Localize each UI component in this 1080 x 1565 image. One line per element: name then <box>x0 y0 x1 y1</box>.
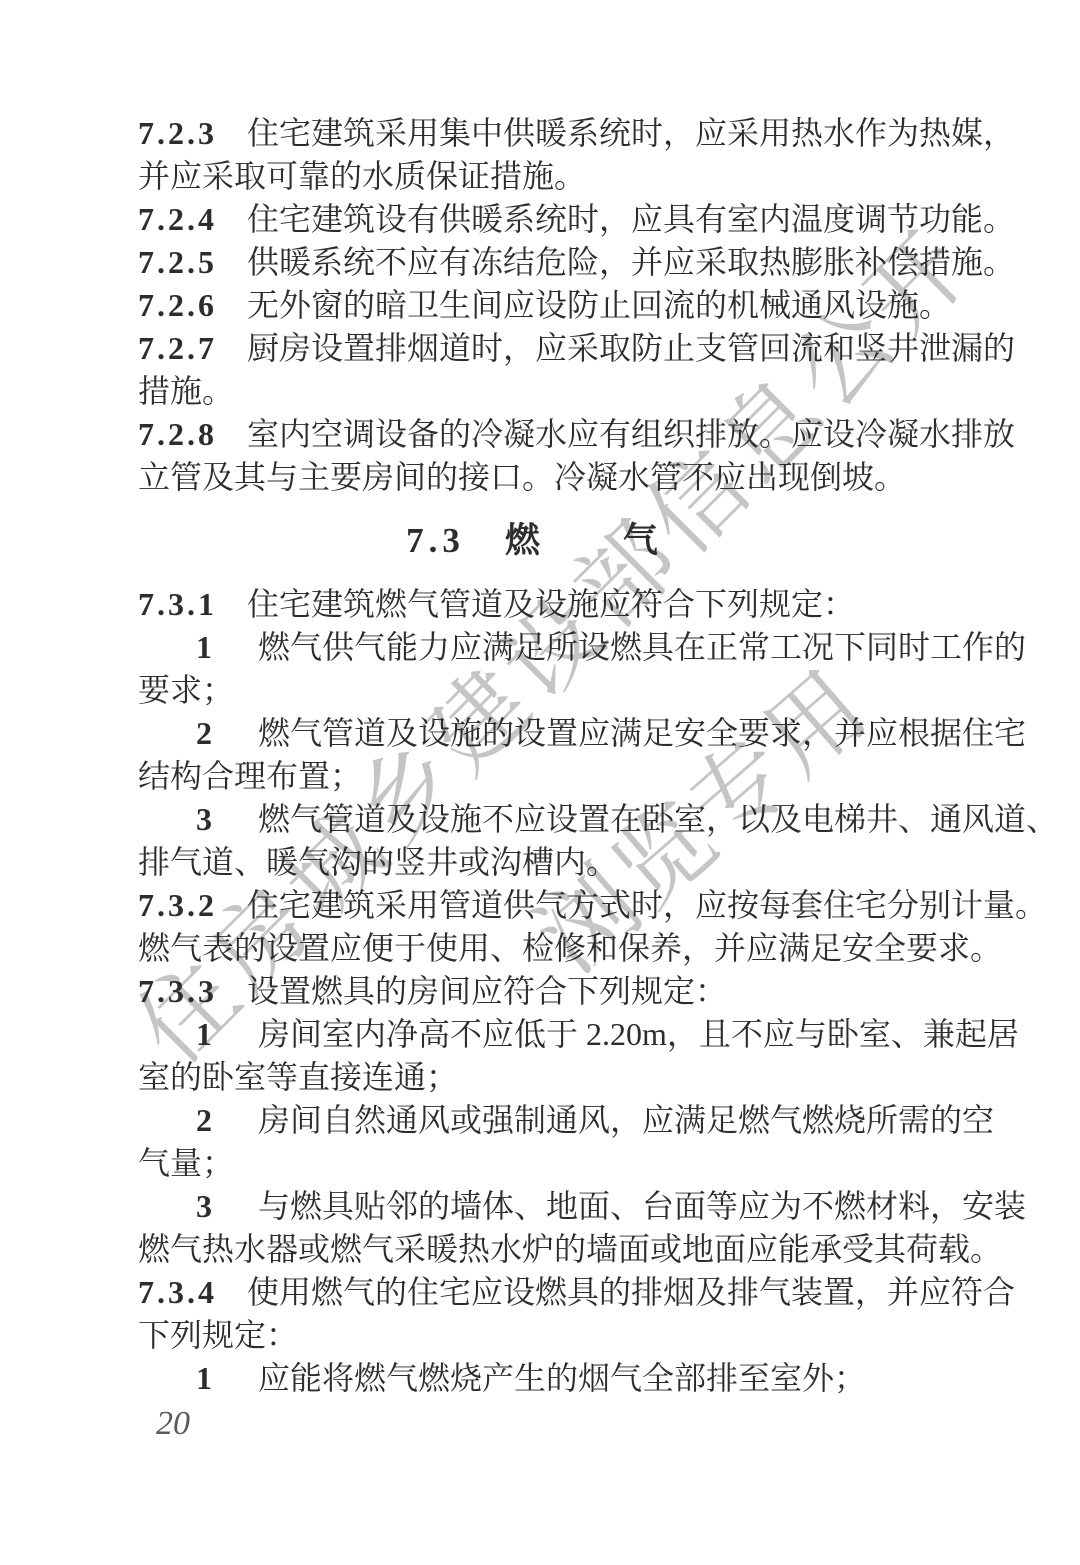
section-number: 1 <box>196 629 212 665</box>
text-line: 3与燃具贴邻的墙体、地面、台面等应为不燃材料，安装 <box>138 1185 950 1228</box>
line-text: 无外窗的暗卫生间应设防止回流的机械通风设施。 <box>247 287 951 323</box>
section-number: 7.3 <box>406 521 465 560</box>
text-line: 7.3燃 气 <box>138 519 950 562</box>
text-line: 立管及其与主要房间的接口。冷凝水管不应出现倒坡。 <box>138 456 950 499</box>
section-number: 7.3.2 <box>138 887 217 923</box>
line-text: 措施。 <box>138 373 234 409</box>
text-line: 燃气热水器或燃气采暖热水炉的墙面或地面应能承受其荷载。 <box>138 1228 950 1271</box>
line-text: 燃 气 <box>505 521 682 560</box>
line-text: 使用燃气的住宅应设燃具的排烟及排气装置，并应符合 <box>247 1274 1015 1310</box>
line-text: 立管及其与主要房间的接口。冷凝水管不应出现倒坡。 <box>138 459 906 495</box>
line-text: 室的卧室等直接连通； <box>138 1059 458 1095</box>
text-line: 2房间自然通风或强制通风，应满足燃气燃烧所需的空 <box>138 1099 950 1142</box>
text-line: 7.2.8室内空调设备的冷凝水应有组织排放。应设冷凝水排放 <box>138 413 950 456</box>
text-line: 7.2.4住宅建筑设有供暖系统时，应具有室内温度调节功能。 <box>138 198 950 241</box>
line-text: 燃气供气能力应满足所设燃具在正常工况下同时工作的 <box>258 629 1026 665</box>
document-page: 住房城乡建设部信息公开 浏览专用 7.2.3住宅建筑采用集中供暖系统时，应采用热… <box>0 0 1080 1565</box>
line-text: 燃气表的设置应便于使用、检修和保养，并应满足安全要求。 <box>138 930 1002 966</box>
text-line: 7.2.7厨房设置排烟道时，应采取防止支管回流和竖井泄漏的 <box>138 327 950 370</box>
line-text: 房间自然通风或强制通风，应满足燃气燃烧所需的空 <box>258 1102 994 1138</box>
text-line: 2燃气管道及设施的设置应满足安全要求，并应根据住宅 <box>138 712 950 755</box>
section-number: 1 <box>196 1016 212 1052</box>
line-text: 气量； <box>138 1145 234 1181</box>
text-line: 并应采取可靠的水质保证措施。 <box>138 155 950 198</box>
line-text: 住宅建筑采用管道供气方式时，应按每套住宅分别计量。 <box>247 887 1047 923</box>
text-line: 气量； <box>138 1142 950 1185</box>
text-line: 室的卧室等直接连通； <box>138 1056 950 1099</box>
section-number: 7.3.4 <box>138 1274 217 1310</box>
section-number: 7.2.5 <box>138 244 217 280</box>
line-text: 应能将燃气燃烧产生的烟气全部排至室外； <box>258 1360 866 1396</box>
line-text: 结构合理布置； <box>138 758 362 794</box>
line-text: 燃气管道及设施不应设置在卧室，以及电梯井、通风道、 <box>258 801 1058 837</box>
text-line: 1房间室内净高不应低于 2.20m，且不应与卧室、兼起居 <box>138 1013 950 1056</box>
text-line: 7.3.4使用燃气的住宅应设燃具的排烟及排气装置，并应符合 <box>138 1271 950 1314</box>
section-number: 2 <box>196 1102 212 1138</box>
text-line: 排气道、暖气沟的竖井或沟槽内。 <box>138 841 950 884</box>
line-text: 供暖系统不应有冻结危险，并应采取热膨胀补偿措施。 <box>247 244 1015 280</box>
text-line: 7.2.3住宅建筑采用集中供暖系统时，应采用热水作为热媒， <box>138 112 950 155</box>
line-text: 住宅建筑燃气管道及设施应符合下列规定： <box>247 586 855 622</box>
line-text: 住宅建筑采用集中供暖系统时，应采用热水作为热媒， <box>247 115 1015 151</box>
section-number: 2 <box>196 715 212 751</box>
line-text: 住宅建筑设有供暖系统时，应具有室内温度调节功能。 <box>247 201 1015 237</box>
section-number: 7.2.4 <box>138 201 217 237</box>
section-number: 1 <box>196 1360 212 1396</box>
line-text: 并应采取可靠的水质保证措施。 <box>138 158 586 194</box>
line-text: 燃气管道及设施的设置应满足安全要求，并应根据住宅 <box>258 715 1026 751</box>
text-line: 7.3.2住宅建筑采用管道供气方式时，应按每套住宅分别计量。 <box>138 884 950 927</box>
text-line: 1燃气供气能力应满足所设燃具在正常工况下同时工作的 <box>138 626 950 669</box>
text-line: 燃气表的设置应便于使用、检修和保养，并应满足安全要求。 <box>138 927 950 970</box>
line-text: 房间室内净高不应低于 2.20m，且不应与卧室、兼起居 <box>258 1016 1019 1052</box>
text-line: 7.3.1住宅建筑燃气管道及设施应符合下列规定： <box>138 583 950 626</box>
line-text: 设置燃具的房间应符合下列规定： <box>247 973 727 1009</box>
line-text: 下列规定： <box>138 1317 298 1353</box>
text-line: 下列规定： <box>138 1314 950 1357</box>
line-text: 与燃具贴邻的墙体、地面、台面等应为不燃材料，安装 <box>258 1188 1026 1224</box>
text-line: 7.2.5供暖系统不应有冻结危险，并应采取热膨胀补偿措施。 <box>138 241 950 284</box>
text-line: 要求； <box>138 669 950 712</box>
section-number: 3 <box>196 801 212 837</box>
line-text: 要求； <box>138 672 234 708</box>
text-line: 1应能将燃气燃烧产生的烟气全部排至室外； <box>138 1357 950 1400</box>
text-line: 7.2.6无外窗的暗卫生间应设防止回流的机械通风设施。 <box>138 284 950 327</box>
section-number: 7.3.1 <box>138 586 217 622</box>
line-text: 厨房设置排烟道时，应采取防止支管回流和竖井泄漏的 <box>247 330 1015 366</box>
section-number: 7.2.8 <box>138 416 217 452</box>
text-line: 7.3.3设置燃具的房间应符合下列规定： <box>138 970 950 1013</box>
section-number: 7.2.3 <box>138 115 217 151</box>
text-line: 3燃气管道及设施不应设置在卧室，以及电梯井、通风道、 <box>138 798 950 841</box>
section-number: 3 <box>196 1188 212 1224</box>
section-number: 7.2.6 <box>138 287 217 323</box>
text-line: 措施。 <box>138 370 950 413</box>
line-text: 燃气热水器或燃气采暖热水炉的墙面或地面应能承受其荷载。 <box>138 1231 1002 1267</box>
section-number: 7.3.3 <box>138 973 217 1009</box>
line-text: 室内空调设备的冷凝水应有组织排放。应设冷凝水排放 <box>247 416 1015 452</box>
line-text: 排气道、暖气沟的竖井或沟槽内。 <box>138 844 618 880</box>
text-line: 结构合理布置； <box>138 755 950 798</box>
document-content: 7.2.3住宅建筑采用集中供暖系统时，应采用热水作为热媒， 并应采取可靠的水质保… <box>138 112 950 1400</box>
page-number: 20 <box>156 1405 190 1443</box>
section-number: 7.2.7 <box>138 330 217 366</box>
